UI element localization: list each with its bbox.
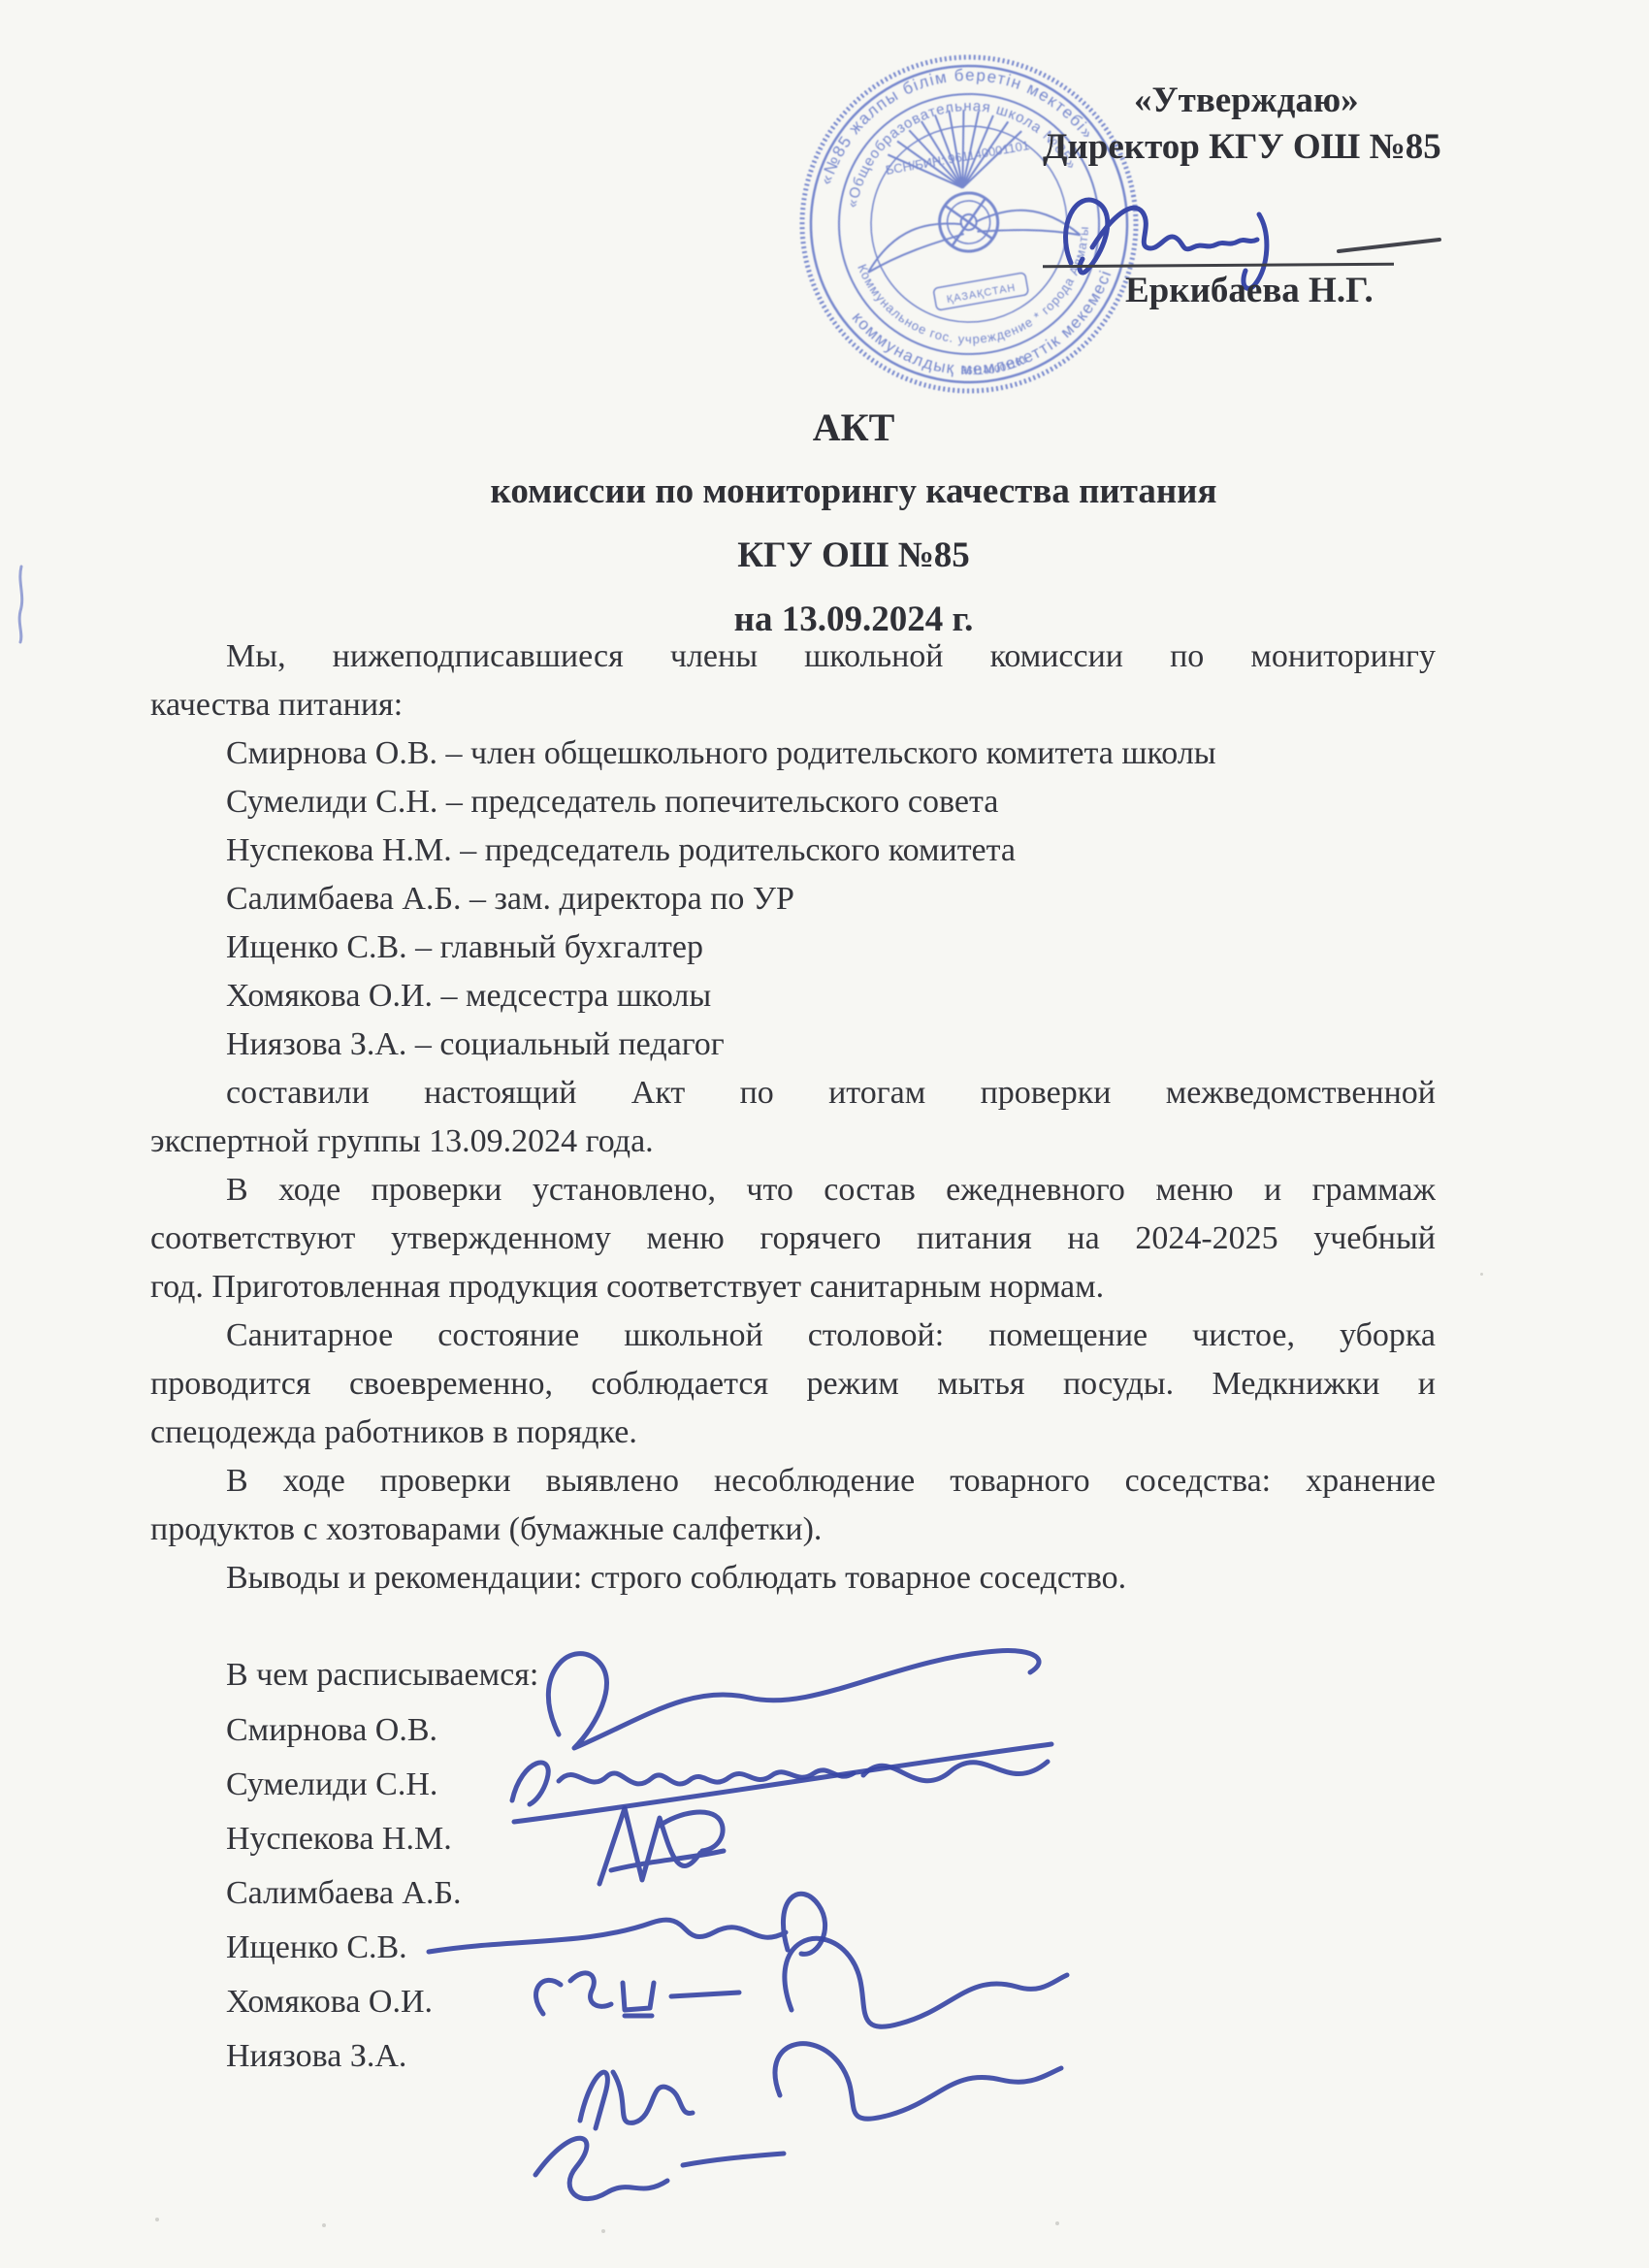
approval-director-line: Директор КГУ ОШ №85 [1043, 126, 1441, 168]
member-line: Салимбаева А.Б. – зам. директора по УР [150, 875, 1436, 923]
body-line: качества питания: [150, 681, 1436, 729]
body-line: проводится своевременно, соблюдается реж… [150, 1360, 1436, 1409]
document-page: «№85 жалпы білім беретін мектебі» коммун… [0, 0, 1649, 2268]
scan-speck [601, 2229, 605, 2233]
signature-scribble-khomyakova [580, 2072, 693, 2128]
member-line: Ищенко С.В. – главный бухгалтер [150, 923, 1436, 972]
body-line: спецодежда работников в порядке. [150, 1409, 1436, 1457]
signature-scribble-ishchenko [536, 1973, 739, 2016]
body-line: составили настоящий Акт по итогам провер… [150, 1069, 1436, 1118]
signature-loop-ishchenko [785, 1938, 1067, 2026]
body-line: соответствуют утвержденному меню горячег… [150, 1215, 1436, 1263]
body-line: экспертной группы 13.09.2024 года. [150, 1118, 1436, 1166]
member-line: Сумелиди С.Н. – председатель попечительс… [150, 778, 1436, 826]
member-line: Нуспекова Н.М. – председатель родительск… [150, 826, 1436, 875]
scan-speck [1480, 1273, 1483, 1276]
signature-scribble-salimbaeva [429, 1894, 825, 1954]
scan-speck [322, 2223, 326, 2227]
signature-scribble-niyazova [535, 2138, 784, 2198]
body-line: В ходе проверки выявлено несоблюдение то… [150, 1457, 1436, 1506]
signature-scribble-nuspekova [599, 1808, 724, 1884]
scan-speck [155, 2218, 159, 2221]
scan-speck [1055, 2221, 1059, 2225]
title-line-2: комиссии по мониторингу качества питания [58, 460, 1649, 524]
members-signatures [369, 1630, 1106, 2251]
approval-director-name: Еркибаева Н.Г. [1125, 270, 1374, 311]
body-line: Санитарное состояние школьной столовой: … [150, 1312, 1436, 1360]
body-line: год. Приготовленная продукция соответств… [150, 1263, 1436, 1312]
approval-quote: «Утверждаю» [1134, 80, 1359, 121]
member-line: Смирнова О.В. – член общешкольного родит… [150, 729, 1436, 778]
member-line: Ниязова З.А. – социальный педагог [150, 1021, 1436, 1069]
body-line: Выводы и рекомендации: строго соблюдать … [150, 1554, 1436, 1603]
signature-curls-khomyakova [775, 2044, 1061, 2120]
title-line-1: АКТ [58, 396, 1649, 460]
body-line: Мы, нижеподписавшиеся члены школьной ком… [150, 632, 1436, 681]
signature-scribble-smirnova [548, 1651, 1039, 1748]
member-line: Хомякова О.И. – медсестра школы [150, 972, 1436, 1021]
body-line: В ходе проверки установлено, что состав … [150, 1166, 1436, 1215]
body-line: продуктов с хозтоварами (бумажные салфет… [150, 1506, 1436, 1554]
document-body: Мы, нижеподписавшиеся члены школьной ком… [150, 632, 1436, 1603]
scan-edge-artifact [14, 563, 29, 646]
title-line-3: КГУ ОШ №85 [58, 524, 1649, 588]
stamp-emblem-shanyrak-icon [935, 188, 1003, 256]
document-title: АКТ комиссии по мониторингу качества пит… [58, 396, 1649, 652]
